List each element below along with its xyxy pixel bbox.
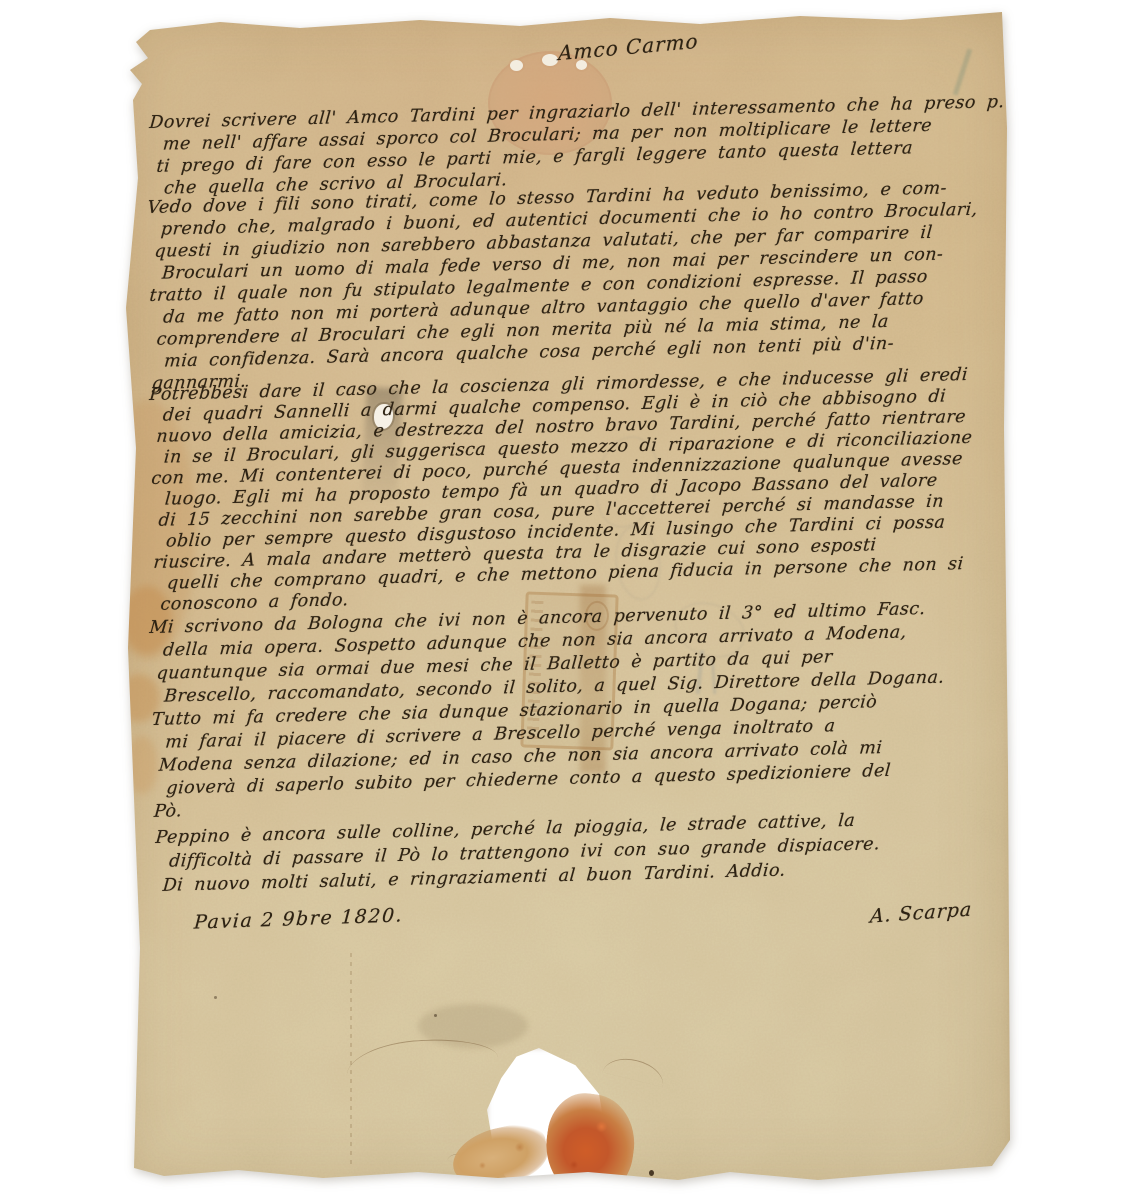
paragraph-3: Potrebbesi dare il caso che la coscienza… xyxy=(148,365,975,616)
paragraph-2: Vedo dove i fili sono tirati, come lo st… xyxy=(146,177,981,395)
seal-tear-hole xyxy=(487,1048,605,1192)
hole-area-smudge xyxy=(418,1004,528,1048)
stain-white-spot xyxy=(542,54,558,66)
paper-speck xyxy=(649,1170,654,1176)
paper-crack xyxy=(603,1053,668,1087)
faint-green-mark xyxy=(953,48,973,95)
salutation: Amco Carmo xyxy=(558,29,699,65)
scanned-letter-scene: Amco Carmo Dovrei scrivere all' Amco Tar… xyxy=(0,0,1132,1200)
paper-speck xyxy=(214,996,217,999)
paper-crack xyxy=(345,1036,499,1080)
paper-speck xyxy=(434,1014,437,1017)
stain-white-spot xyxy=(510,60,523,71)
wax-remnant-red xyxy=(539,1088,641,1200)
signature: A. Scarpa xyxy=(869,898,973,927)
paragraph-5: Peppino è ancora sulle colline, perché l… xyxy=(154,808,880,898)
paper-crack xyxy=(447,1147,489,1178)
letter-page: Amco Carmo Dovrei scrivere all' Amco Tar… xyxy=(118,8,1012,1192)
wax-remnant-tan xyxy=(447,1119,553,1194)
fold-crease xyxy=(350,953,352,1165)
dateline: Pavia 2 9bre 1820. xyxy=(193,904,404,933)
paragraph-4: Mi scrivono da Bologna che ivi non è anc… xyxy=(148,598,946,824)
paper-shadow-wrap: Amco Carmo Dovrei scrivere all' Amco Tar… xyxy=(0,0,1132,1200)
